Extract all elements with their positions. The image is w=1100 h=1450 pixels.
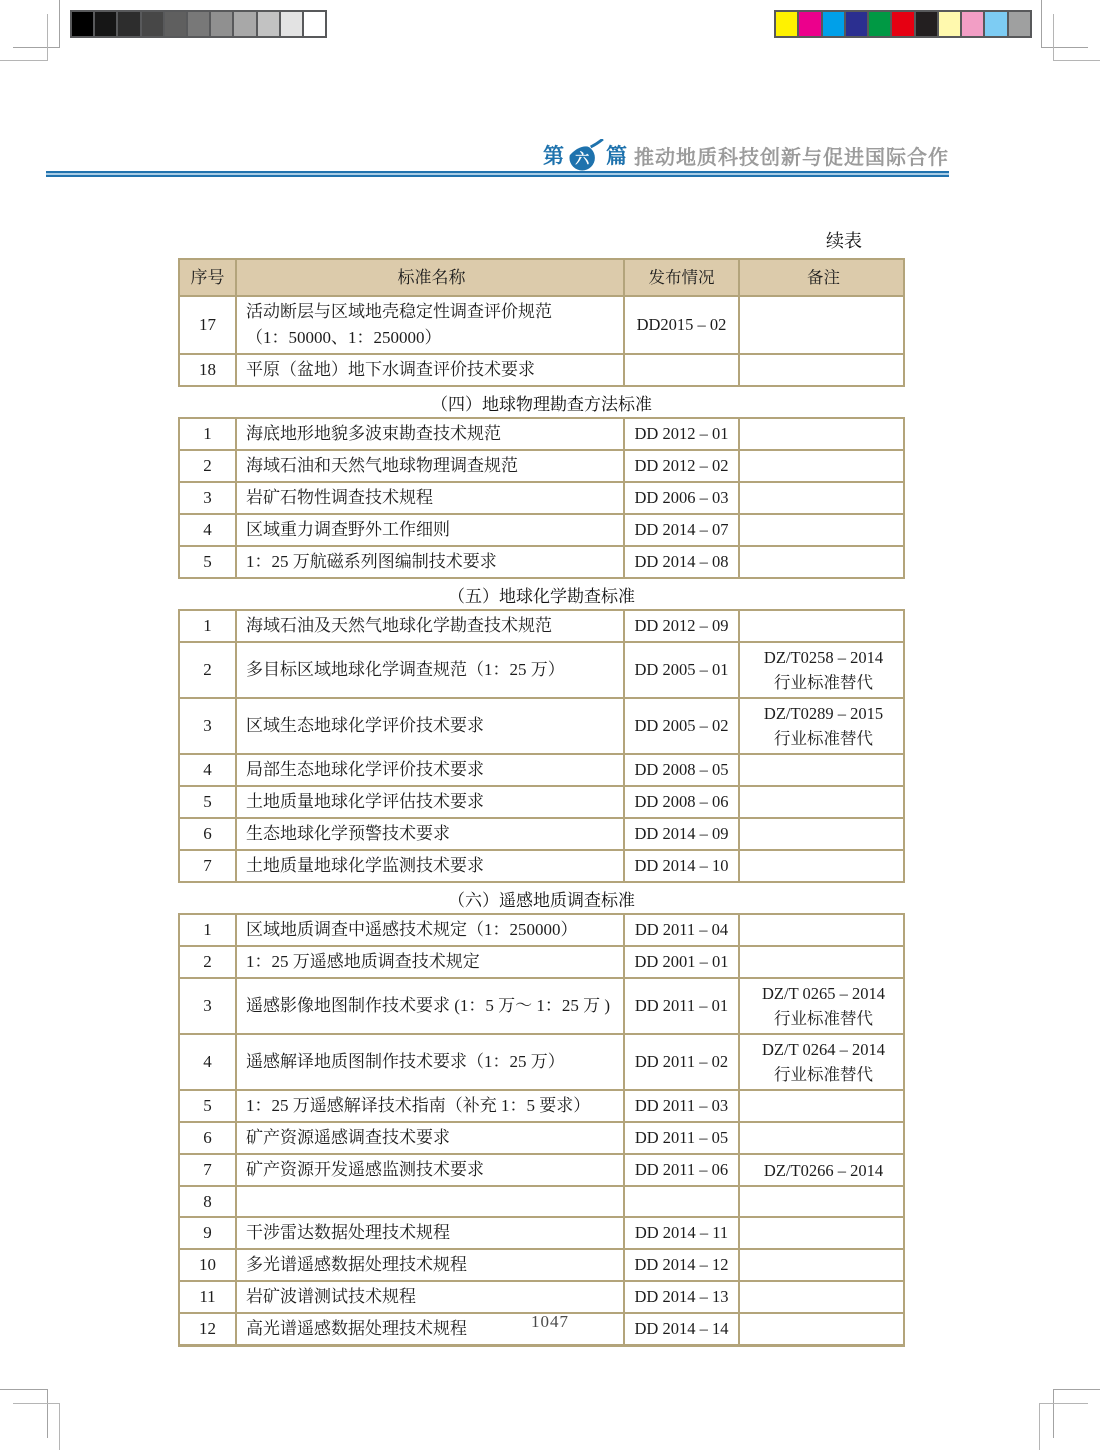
part-prefix: 第	[543, 140, 564, 170]
table-row: 11岩矿波谱测试技术规程DD 2014 – 13	[178, 1282, 905, 1314]
calibration-swatch	[892, 12, 915, 36]
calibration-swatch	[304, 12, 325, 36]
page-number: 1047	[0, 1312, 1100, 1332]
cell-standard-name: 区域重力调查野外工作细则	[237, 515, 625, 545]
calibration-swatch	[869, 12, 892, 36]
cell-standard-name: 遥感影像地图制作技术要求 (1：5 万～ 1：25 万 )	[237, 979, 625, 1033]
cell-standard-name: 岩矿波谱测试技术规程	[237, 1282, 625, 1312]
crop-mark-top-left-outer	[13, 0, 60, 48]
cell-standard-name: 局部生态地球化学评价技术要求	[237, 755, 625, 785]
table-row: 1区域地质调查中遥感技术规定（1：250000）DD 2011 – 04	[178, 915, 905, 947]
cell-publication-status: DD 2008 – 05	[625, 755, 740, 785]
table-row: 3遥感影像地图制作技术要求 (1：5 万～ 1：25 万 )DD 2011 – …	[178, 979, 905, 1035]
cell-publication-status: DD 2014 – 08	[625, 547, 740, 577]
cell-standard-name: 区域生态地球化学评价技术要求	[237, 699, 625, 753]
cell-remarks	[740, 787, 907, 817]
crop-mark-bottom-right-inner	[1039, 1403, 1088, 1450]
cell-publication-status: DD 2012 – 02	[625, 451, 740, 481]
cell-remarks	[740, 547, 907, 577]
cell-remarks	[740, 819, 907, 849]
table-row: 4区域重力调查野外工作细则DD 2014 – 07	[178, 515, 905, 547]
cell-publication-status: DD 2008 – 06	[625, 787, 740, 817]
calibration-swatch	[211, 12, 234, 36]
cell-publication-status: DD 2014 – 12	[625, 1250, 740, 1280]
calibration-swatch	[916, 12, 939, 36]
standards-table: 序号 标准名称 发布情况 备注 17活动断层与区域地壳稳定性调查评价规范 （1：…	[178, 258, 905, 1347]
table-row: 7土地质量地球化学监测技术要求DD 2014 – 10	[178, 851, 905, 883]
crop-mark-bottom-left-inner	[13, 1403, 60, 1450]
cell-remarks	[740, 947, 907, 977]
table-row: 7矿产资源开发遥感监测技术要求DD 2011 – 06DZ/T0266 – 20…	[178, 1155, 905, 1187]
cell-remarks	[740, 451, 907, 481]
cell-remarks: DZ/T 0264 – 2014 行业标准替代	[740, 1035, 907, 1089]
table-row: 1海域石油及天然气地球化学勘查技术规范DD 2012 – 09	[178, 611, 905, 643]
table-row: 2海域石油和天然气地球物理调查规范DD 2012 – 02	[178, 451, 905, 483]
part-suffix: 篇	[606, 140, 627, 170]
calibration-swatch	[258, 12, 281, 36]
cell-number: 3	[180, 699, 237, 753]
cell-standard-name: 生态地球化学预警技术要求	[237, 819, 625, 849]
cell-number: 11	[180, 1282, 237, 1312]
crop-mark-bottom-left-outer	[0, 1389, 48, 1438]
cell-standard-name: 干涉雷达数据处理技术规程	[237, 1218, 625, 1248]
cell-publication-status	[625, 1187, 740, 1216]
section-title: （四）地球物理勘查方法标准	[431, 390, 652, 415]
cell-remarks: DZ/T0289 – 2015 行业标准替代	[740, 699, 907, 753]
cell-number: 1	[180, 419, 237, 449]
table-row: 10多光谱遥感数据处理技术规程DD 2014 – 12	[178, 1250, 905, 1282]
cell-standard-name: 矿产资源开发遥感监测技术要求	[237, 1155, 625, 1185]
cell-number: 1	[180, 915, 237, 945]
table-row: 9干涉雷达数据处理技术规程DD 2014 – 11	[178, 1218, 905, 1250]
cell-remarks	[740, 1218, 907, 1248]
cell-number: 7	[180, 1155, 237, 1185]
crop-mark-top-right-inner	[1053, 14, 1100, 61]
cell-remarks	[740, 1282, 907, 1312]
cell-remarks	[740, 755, 907, 785]
cell-remarks	[740, 355, 907, 385]
cell-remarks	[740, 419, 907, 449]
cell-number: 10	[180, 1250, 237, 1280]
cell-number: 4	[180, 755, 237, 785]
calibration-swatch	[985, 12, 1008, 36]
part-label: 第 六 篇	[543, 139, 627, 171]
section-row: （五）地球化学勘查标准	[178, 579, 905, 611]
column-header-number: 序号	[180, 260, 237, 295]
cell-number: 2	[180, 643, 237, 697]
section-row: （六）遥感地质调查标准	[178, 883, 905, 915]
cell-number: 4	[180, 1035, 237, 1089]
table-row: 4局部生态地球化学评价技术要求DD 2008 – 05	[178, 755, 905, 787]
calibration-swatch	[823, 12, 846, 36]
grayscale-calibration-bar	[70, 10, 327, 38]
cell-publication-status: DD 2005 – 01	[625, 643, 740, 697]
calibration-swatch	[95, 12, 118, 36]
cell-standard-name: 土地质量地球化学监测技术要求	[237, 851, 625, 881]
cell-standard-name: 遥感解译地质图制作技术要求（1：25 万）	[237, 1035, 625, 1089]
cell-standard-name: 区域地质调查中遥感技术规定（1：250000）	[237, 915, 625, 945]
cell-remarks	[740, 851, 907, 881]
cell-publication-status: DD 2014 – 07	[625, 515, 740, 545]
calibration-swatch	[234, 12, 257, 36]
table-row: 2多目标区域地球化学调查规范（1：25 万）DD 2005 – 01DZ/T02…	[178, 643, 905, 699]
cell-publication-status: DD 2012 – 09	[625, 611, 740, 641]
calibration-swatch	[118, 12, 141, 36]
table-row: 6生态地球化学预警技术要求DD 2014 – 09	[178, 819, 905, 851]
cell-publication-status	[625, 355, 740, 385]
cell-publication-status: DD 2001 – 01	[625, 947, 740, 977]
cell-number: 4	[180, 515, 237, 545]
table-row: 4遥感解译地质图制作技术要求（1：25 万）DD 2011 – 02DZ/T 0…	[178, 1035, 905, 1091]
crop-mark-top-left-inner	[0, 14, 48, 61]
cell-publication-status: DD2015 – 02	[625, 297, 740, 353]
section-title: （六）遥感地质调查标准	[448, 886, 635, 911]
cell-number: 1	[180, 611, 237, 641]
cell-standard-name: 矿产资源遥感调查技术要求	[237, 1123, 625, 1153]
calibration-swatch	[165, 12, 188, 36]
cell-number: 6	[180, 819, 237, 849]
cell-remarks: DZ/T0258 – 2014 行业标准替代	[740, 643, 907, 697]
cell-standard-name: 土地质量地球化学评估技术要求	[237, 787, 625, 817]
cell-number: 7	[180, 851, 237, 881]
cell-number: 8	[180, 1187, 237, 1216]
cell-standard-name: 海底地形地貌多波束勘查技术规范	[237, 419, 625, 449]
calibration-swatch	[281, 12, 304, 36]
cell-publication-status: DD 2014 – 13	[625, 1282, 740, 1312]
cell-standard-name: 多光谱遥感数据处理技术规程	[237, 1250, 625, 1280]
cell-number: 2	[180, 947, 237, 977]
cell-number: 5	[180, 547, 237, 577]
table-row: 1海底地形地貌多波束勘查技术规范DD 2012 – 01	[178, 419, 905, 451]
table-row: 3岩矿石物性调查技术规程DD 2006 – 03	[178, 483, 905, 515]
cell-publication-status: DD 2011 – 02	[625, 1035, 740, 1089]
cell-remarks	[740, 483, 907, 513]
cell-standard-name: 1：25 万遥感解译技术指南（补充 1：5 要求）	[237, 1091, 625, 1121]
cell-standard-name: 海域石油及天然气地球化学勘查技术规范	[237, 611, 625, 641]
crop-mark-bottom-right-outer	[1053, 1389, 1100, 1438]
part-number-badge-icon: 六	[566, 139, 604, 171]
cell-standard-name: 多目标区域地球化学调查规范（1：25 万）	[237, 643, 625, 697]
cell-remarks	[740, 611, 907, 641]
svg-text:六: 六	[575, 150, 590, 166]
calibration-swatch	[1009, 12, 1030, 36]
calibration-swatch	[776, 12, 799, 36]
cell-number: 6	[180, 1123, 237, 1153]
column-header-standard-name: 标准名称	[237, 260, 625, 295]
table-row: 51：25 万航磁系列图编制技术要求DD 2014 – 08	[178, 547, 905, 579]
cell-standard-name: 岩矿石物性调查技术规程	[237, 483, 625, 513]
calibration-swatch	[72, 12, 95, 36]
cell-standard-name: 1：25 万遥感地质调查技术规定	[237, 947, 625, 977]
calibration-swatch	[142, 12, 165, 36]
table-row: 18平原（盆地）地下水调查评价技术要求	[178, 355, 905, 387]
cell-remarks	[740, 915, 907, 945]
cell-remarks	[740, 1091, 907, 1121]
calibration-swatch	[846, 12, 869, 36]
table-body: 17活动断层与区域地壳稳定性调查评价规范 （1：50000、1：250000）D…	[178, 297, 905, 1346]
column-header-publication-status: 发布情况	[625, 260, 740, 295]
scanned-book-page: 第 六 篇 推动地质科技创新与促进国际合作 续表 序号 标准名称 发布情况 备注…	[0, 0, 1100, 1450]
section-title: （五）地球化学勘查标准	[448, 582, 635, 607]
cell-standard-name: 平原（盆地）地下水调查评价技术要求	[237, 355, 625, 385]
cell-number: 17	[180, 297, 237, 353]
running-head: 第 六 篇 推动地质科技创新与促进国际合作	[46, 140, 949, 170]
table-row: 6矿产资源遥感调查技术要求DD 2011 – 05	[178, 1123, 905, 1155]
cell-number: 3	[180, 483, 237, 513]
calibration-swatch	[962, 12, 985, 36]
cell-standard-name: 海域石油和天然气地球物理调查规范	[237, 451, 625, 481]
cell-number: 3	[180, 979, 237, 1033]
calibration-swatch	[939, 12, 962, 36]
cell-remarks: DZ/T 0265 – 2014 行业标准替代	[740, 979, 907, 1033]
cell-remarks	[740, 1123, 907, 1153]
section-row: （四）地球物理勘查方法标准	[178, 387, 905, 419]
table-row: 51：25 万遥感解译技术指南（补充 1：5 要求）DD 2011 – 03	[178, 1091, 905, 1123]
calibration-swatch	[799, 12, 822, 36]
cell-number: 5	[180, 1091, 237, 1121]
crop-mark-top-right-outer	[1041, 0, 1088, 48]
cell-remarks: DZ/T0266 – 2014	[740, 1155, 907, 1185]
cell-publication-status: DD 2011 – 04	[625, 915, 740, 945]
cell-number: 18	[180, 355, 237, 385]
table-row: 5土地质量地球化学评估技术要求DD 2008 – 06	[178, 787, 905, 819]
table-row: 17活动断层与区域地壳稳定性调查评价规范 （1：50000、1：250000）D…	[178, 297, 905, 355]
cell-publication-status: DD 2014 – 09	[625, 819, 740, 849]
cell-publication-status: DD 2011 – 06	[625, 1155, 740, 1185]
cell-remarks	[740, 515, 907, 545]
cell-number: 2	[180, 451, 237, 481]
header-rule	[46, 171, 949, 177]
cell-publication-status: DD 2011 – 01	[625, 979, 740, 1033]
cell-publication-status: DD 2012 – 01	[625, 419, 740, 449]
column-header-remarks: 备注	[740, 260, 907, 295]
cell-number: 9	[180, 1218, 237, 1248]
cell-remarks	[740, 1250, 907, 1280]
cell-remarks	[740, 297, 907, 353]
cell-remarks	[740, 1187, 907, 1216]
cell-publication-status: DD 2014 – 10	[625, 851, 740, 881]
cell-publication-status: DD 2011 – 05	[625, 1123, 740, 1153]
cell-standard-name: 1：25 万航磁系列图编制技术要求	[237, 547, 625, 577]
table-row: 3区域生态地球化学评价技术要求DD 2005 – 02DZ/T0289 – 20…	[178, 699, 905, 755]
cell-publication-status: DD 2011 – 03	[625, 1091, 740, 1121]
calibration-swatch	[188, 12, 211, 36]
color-calibration-bar	[774, 10, 1032, 38]
cell-number: 5	[180, 787, 237, 817]
table-row: 21：25 万遥感地质调查技术规定DD 2001 – 01	[178, 947, 905, 979]
cell-publication-status: DD 2006 – 03	[625, 483, 740, 513]
table-row: 8	[178, 1187, 905, 1218]
cell-publication-status: DD 2014 – 11	[625, 1218, 740, 1248]
cell-standard-name: 活动断层与区域地壳稳定性调查评价规范 （1：50000、1：250000）	[237, 297, 625, 353]
cell-publication-status: DD 2005 – 02	[625, 699, 740, 753]
running-head-title: 推动地质科技创新与促进国际合作	[634, 141, 949, 170]
table-header-row: 序号 标准名称 发布情况 备注	[178, 260, 905, 297]
continued-table-note: 续表	[826, 227, 862, 253]
cell-standard-name	[237, 1187, 625, 1216]
